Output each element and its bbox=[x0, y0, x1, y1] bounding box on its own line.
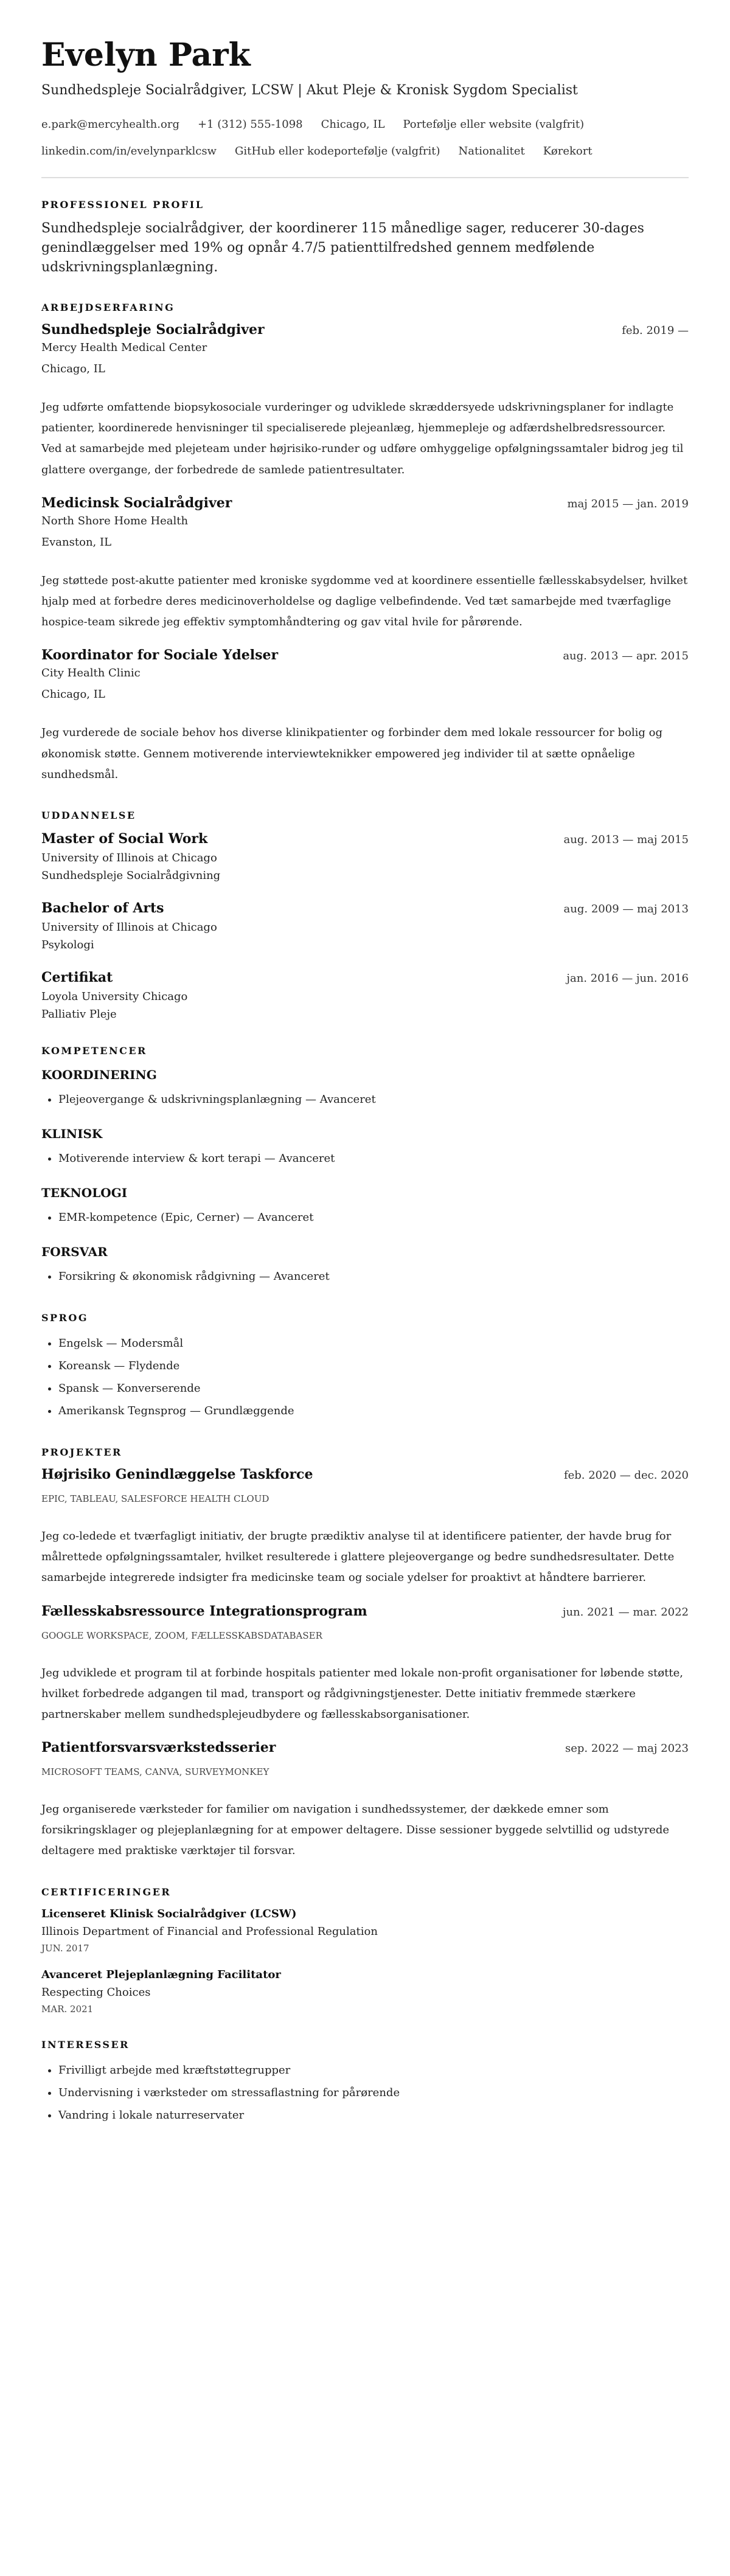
section-interests: Interesser Frivilligt arbejde med kræfts… bbox=[41, 2039, 689, 2126]
contact-github[interactable]: GitHub eller kodeportefølje (valgfrit) bbox=[235, 138, 440, 165]
certification-issuer: Respecting Choices bbox=[41, 1986, 689, 1999]
language-item: Amerikansk Tegnsprog — Grundlæggende bbox=[58, 1400, 689, 1422]
candidate-name: Evelyn Park bbox=[41, 36, 689, 74]
skill-item: Forsikring & økonomisk rådgivning — Avan… bbox=[58, 1265, 689, 1288]
section-title: Certificeringer bbox=[41, 1886, 689, 1898]
language-item: Koreansk — Flydende bbox=[58, 1355, 689, 1377]
certification-entry: Avanceret Plejeplanlægning Facilitator R… bbox=[41, 1968, 689, 2015]
project-tech: Microsoft Teams, Canva, SurveyMonkey bbox=[41, 1766, 689, 1777]
project-tech: Epic, Tableau, Salesforce Health Cloud bbox=[41, 1493, 689, 1504]
school: University of Illinois at Chicago bbox=[41, 852, 689, 864]
language-item: Engelsk — Modersmål bbox=[58, 1332, 689, 1355]
project-name: Højrisiko Genindlæggelse Taskforce bbox=[41, 1467, 313, 1482]
job-description: Jeg udførte omfattende biopsykosociale v… bbox=[41, 397, 689, 481]
section-title: Uddannelse bbox=[41, 810, 689, 821]
contact-email[interactable]: e.park@mercyhealth.org bbox=[41, 111, 179, 138]
skill-item: Plejeovergange & udskrivningsplanlægning… bbox=[58, 1088, 689, 1111]
section-experience: Arbejdserfaring Sundhedspleje Socialrådg… bbox=[41, 302, 689, 785]
education-dates: aug. 2013 — maj 2015 bbox=[564, 833, 689, 846]
certification-date: jun. 2017 bbox=[41, 1943, 689, 1954]
skill-item: Motiverende interview & kort terapi — Av… bbox=[58, 1147, 689, 1170]
section-title: Kompetencer bbox=[41, 1045, 689, 1057]
section-title: Arbejdserfaring bbox=[41, 302, 689, 313]
job-title: Medicinsk Socialrådgiver bbox=[41, 495, 232, 511]
job-location: Chicago, IL bbox=[41, 688, 689, 701]
section-projects: Projekter Højrisiko Genindlæggelse Taskf… bbox=[41, 1446, 689, 1862]
field-of-study: Psykologi bbox=[41, 939, 689, 951]
experience-entry: Sundhedspleje Socialrådgiver feb. 2019 —… bbox=[41, 322, 689, 481]
job-location: Chicago, IL bbox=[41, 363, 689, 375]
employer: North Shore Home Health bbox=[41, 515, 689, 527]
project-entry: Patientforsvarsværkstedsserier sep. 2022… bbox=[41, 1740, 689, 1862]
skill-list: Plejeovergange & udskrivningsplanlægning… bbox=[41, 1088, 689, 1111]
employer: Mercy Health Medical Center bbox=[41, 341, 689, 354]
profile-summary: Sundhedspleje socialrådgiver, der koordi… bbox=[41, 219, 689, 277]
project-description: Jeg organiserede værksteder for familier… bbox=[41, 1799, 689, 1862]
resume-header: Evelyn Park Sundhedspleje Socialrådgiver… bbox=[41, 36, 689, 165]
contact-linkedin[interactable]: linkedin.com/in/evelynparklcsw bbox=[41, 138, 217, 165]
degree: Certifikat bbox=[41, 970, 113, 985]
degree: Bachelor of Arts bbox=[41, 900, 164, 916]
certification-entry: Licenseret Klinisk Socialrådgiver (LCSW)… bbox=[41, 1908, 689, 1954]
section-profile: Professionel Profil Sundhedspleje social… bbox=[41, 199, 689, 277]
school: University of Illinois at Chicago bbox=[41, 921, 689, 934]
education-entry: Certifikat jan. 2016 — jun. 2016 Loyola … bbox=[41, 970, 689, 1021]
interest-list: Frivilligt arbejde med kræftstøttegruppe… bbox=[41, 2059, 689, 2126]
school: Loyola University Chicago bbox=[41, 990, 689, 1003]
certification-name: Licenseret Klinisk Socialrådgiver (LCSW) bbox=[41, 1908, 689, 1920]
contact-nationality: Nationalitet bbox=[458, 138, 524, 165]
section-certifications: Certificeringer Licenseret Klinisk Socia… bbox=[41, 1886, 689, 2015]
job-title: Sundhedspleje Socialrådgiver bbox=[41, 322, 265, 338]
project-description: Jeg udviklede et program til at forbinde… bbox=[41, 1663, 689, 1726]
education-dates: aug. 2009 — maj 2013 bbox=[564, 903, 689, 915]
interest-item: Frivilligt arbejde med kræftstøttegruppe… bbox=[58, 2059, 689, 2081]
experience-entry: Koordinator for Sociale Ydelser aug. 201… bbox=[41, 647, 689, 785]
contact-portfolio[interactable]: Portefølje eller website (valgfrit) bbox=[403, 111, 584, 138]
section-education: Uddannelse Master of Social Work aug. 20… bbox=[41, 810, 689, 1021]
job-location: Evanston, IL bbox=[41, 536, 689, 549]
job-title: Koordinator for Sociale Ydelser bbox=[41, 647, 278, 663]
skill-item: EMR-kompetence (Epic, Cerner) — Avancere… bbox=[58, 1206, 689, 1229]
job-description: Jeg støttede post-akutte patienter med k… bbox=[41, 571, 689, 633]
interest-item: Vandring i lokale naturreservater bbox=[58, 2104, 689, 2126]
skill-category: KLINISK bbox=[41, 1127, 689, 1141]
contact-location: Chicago, IL bbox=[321, 111, 385, 138]
skill-list: Forsikring & økonomisk rådgivning — Avan… bbox=[41, 1265, 689, 1288]
job-dates: feb. 2019 — bbox=[622, 324, 689, 337]
headline: Sundhedspleje Socialrådgiver, LCSW | Aku… bbox=[41, 83, 689, 98]
degree: Master of Social Work bbox=[41, 831, 207, 847]
job-description: Jeg vurderede de sociale behov hos diver… bbox=[41, 723, 689, 785]
employer: City Health Clinic bbox=[41, 667, 689, 679]
contact-drivers-license: Kørekort bbox=[543, 138, 593, 165]
project-dates: feb. 2020 — dec. 2020 bbox=[564, 1469, 689, 1482]
project-entry: Fællesskabsressource Integrationsprogram… bbox=[41, 1603, 689, 1726]
certification-date: mar. 2021 bbox=[41, 2004, 689, 2015]
certification-issuer: Illinois Department of Financial and Pro… bbox=[41, 1925, 689, 1938]
section-languages: Sprog Engelsk — Modersmål Koreansk — Fly… bbox=[41, 1312, 689, 1422]
project-dates: jun. 2021 — mar. 2022 bbox=[563, 1606, 689, 1619]
skill-list: Motiverende interview & kort terapi — Av… bbox=[41, 1147, 689, 1170]
experience-entry: Medicinsk Socialrådgiver maj 2015 — jan.… bbox=[41, 495, 689, 633]
project-dates: sep. 2022 — maj 2023 bbox=[565, 1742, 689, 1755]
resume-page: Evelyn Park Sundhedspleje Socialrådgiver… bbox=[0, 0, 730, 2187]
education-entry: Master of Social Work aug. 2013 — maj 20… bbox=[41, 831, 689, 882]
header-divider bbox=[41, 177, 689, 178]
section-title: Projekter bbox=[41, 1446, 689, 1458]
field-of-study: Palliativ Pleje bbox=[41, 1008, 689, 1021]
project-name: Fællesskabsressource Integrationsprogram bbox=[41, 1603, 367, 1619]
skill-list: EMR-kompetence (Epic, Cerner) — Avancere… bbox=[41, 1206, 689, 1229]
certification-name: Avanceret Plejeplanlægning Facilitator bbox=[41, 1968, 689, 1981]
project-name: Patientforsvarsværkstedsserier bbox=[41, 1740, 276, 1755]
education-entry: Bachelor of Arts aug. 2009 — maj 2013 Un… bbox=[41, 900, 689, 951]
language-item: Spansk — Konverserende bbox=[58, 1377, 689, 1400]
contact-phone[interactable]: +1 (312) 555-1098 bbox=[198, 111, 303, 138]
job-dates: aug. 2013 — apr. 2015 bbox=[563, 650, 689, 662]
skill-category: TEKNOLOGI bbox=[41, 1186, 689, 1200]
job-dates: maj 2015 — jan. 2019 bbox=[567, 498, 689, 510]
section-title: Interesser bbox=[41, 2039, 689, 2050]
section-title: Sprog bbox=[41, 1312, 689, 1324]
project-entry: Højrisiko Genindlæggelse Taskforce feb. … bbox=[41, 1467, 689, 1589]
skill-category: KOORDINERING bbox=[41, 1068, 689, 1082]
project-description: Jeg co-ledede et tværfagligt initiativ, … bbox=[41, 1526, 689, 1589]
language-list: Engelsk — Modersmål Koreansk — Flydende … bbox=[41, 1332, 689, 1422]
skill-category: FORSVAR bbox=[41, 1245, 689, 1259]
project-tech: Google Workspace, Zoom, Fællesskabsdatab… bbox=[41, 1630, 689, 1641]
education-dates: jan. 2016 — jun. 2016 bbox=[566, 972, 689, 985]
section-skills: Kompetencer KOORDINERING Plejeovergange … bbox=[41, 1045, 689, 1288]
field-of-study: Sundhedspleje Socialrådgivning bbox=[41, 869, 689, 882]
interest-item: Undervisning i værksteder om stressaflas… bbox=[58, 2081, 689, 2104]
contact-info: e.park@mercyhealth.org +1 (312) 555-1098… bbox=[41, 111, 689, 165]
section-title: Professionel Profil bbox=[41, 199, 689, 210]
